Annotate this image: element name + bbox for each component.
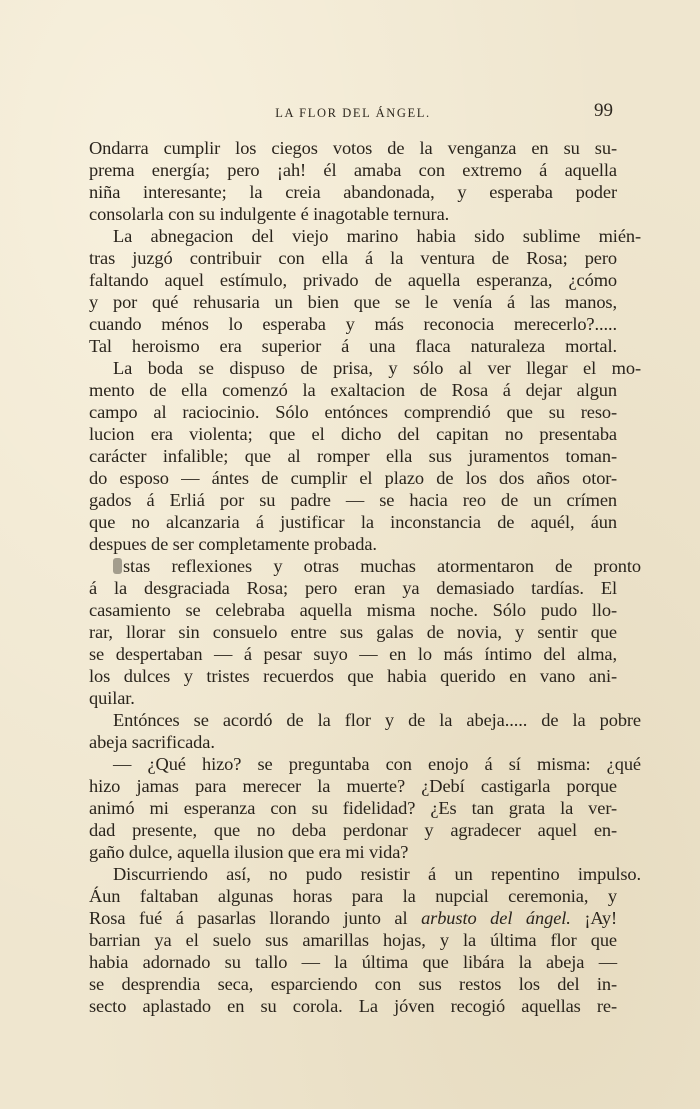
text-line: carácter infalible; que al romper ella s…	[89, 445, 617, 467]
running-title: LA FLOR DEL ÁNGEL.	[89, 106, 617, 121]
text-line: se despertaban — á pesar suyo — en lo má…	[89, 643, 617, 665]
text-line: gados á Erliá por su padre — se hacia re…	[89, 489, 617, 511]
text-line: Tal heroismo era superior á una flaca na…	[89, 335, 617, 357]
text-line-content: stas reflexiones y otras muchas atorment…	[123, 556, 641, 576]
paragraph-start-line: La boda se dispuso de prisa, y sólo al v…	[89, 357, 641, 379]
text-line: tras juzgó contribuir con ella á la vent…	[89, 247, 617, 269]
text-line: á la desgraciada Rosa; pero eran ya dema…	[89, 577, 617, 599]
damaged-initial-e	[113, 558, 122, 574]
text-line: los dulces y tristes recuerdos que habia…	[89, 665, 617, 687]
text-line: Áun faltaban algunas horas para la nupci…	[89, 885, 617, 907]
text-segment: Rosa fué á pasarlas llorando junto al	[89, 908, 421, 928]
running-head: LA FLOR DEL ÁNGEL. 99	[89, 100, 617, 124]
text-line: abeja sacrificada.	[89, 731, 617, 753]
text-line: dad presente, que no deba perdonar y agr…	[89, 819, 617, 841]
text-line: quilar.	[89, 687, 617, 709]
paragraph-start-line: stas reflexiones y otras muchas atorment…	[89, 555, 641, 577]
paragraph-start-line: Discurriendo así, no pudo resistir á un …	[89, 863, 641, 885]
text-line: que no alcanzaria á justificar la incons…	[89, 511, 617, 533]
text-line: se desprendia seca, esparciendo con sus …	[89, 973, 617, 995]
text-line-with-italic: Rosa fué á pasarlas llorando junto al ar…	[89, 907, 617, 929]
text-line: consolarla con su indulgente é inagotabl…	[89, 203, 617, 225]
text-line: cuando ménos lo esperaba y más reconocia…	[89, 313, 617, 335]
text-line: animó mi esperanza con su fidelidad? ¿Es…	[89, 797, 617, 819]
text-line: gaño dulce, aquella ilusion que era mi v…	[89, 841, 617, 863]
page-number: 99	[594, 100, 613, 122]
text-line: rar, llorar sin consuelo entre sus galas…	[89, 621, 617, 643]
text-line: do esposo — ántes de cumplir el plazo de…	[89, 467, 617, 489]
text-line: lucion era violenta; que el dicho del ca…	[89, 423, 617, 445]
text-line: barrian ya el suelo sus amarillas hojas,…	[89, 929, 617, 951]
paragraph-start-line: — ¿Qué hizo? se preguntaba con enojo á s…	[89, 753, 641, 775]
paragraph-start-line: Entónces se acordó de la flor y de la ab…	[89, 709, 641, 731]
book-page: LA FLOR DEL ÁNGEL. 99 Ondarra cumplir lo…	[0, 0, 700, 1109]
text-line: Ondarra cumplir los ciegos votos de la v…	[89, 137, 617, 159]
text-line: hizo jamas para merecer la muerte? ¿Debí…	[89, 775, 617, 797]
text-line: campo al raciocinio. Sólo entónces compr…	[89, 401, 617, 423]
body-text: Ondarra cumplir los ciegos votos de la v…	[89, 137, 617, 1017]
text-line: casamiento se celebraba aquella misma no…	[89, 599, 617, 621]
text-line: niña interesante; la creia abandonada, y…	[89, 181, 617, 203]
text-line: habia adornado su tallo — la última que …	[89, 951, 617, 973]
paragraph-start-line: La abnegacion del viejo marino habia sid…	[89, 225, 641, 247]
text-line: despues de ser completamente probada.	[89, 533, 617, 555]
text-line: prema energía; pero ¡ah! él amaba con ex…	[89, 159, 617, 181]
text-line: mento de ella comenzó la exaltacion de R…	[89, 379, 617, 401]
text-segment: ¡Ay!	[571, 908, 617, 928]
italic-phrase: arbusto del ángel.	[421, 908, 571, 928]
text-line: secto aplastado en su corola. La jóven r…	[89, 995, 617, 1017]
text-line: y por qué rehusaria un bien que se le ve…	[89, 291, 617, 313]
text-line: faltando aquel estímulo, privado de aque…	[89, 269, 617, 291]
